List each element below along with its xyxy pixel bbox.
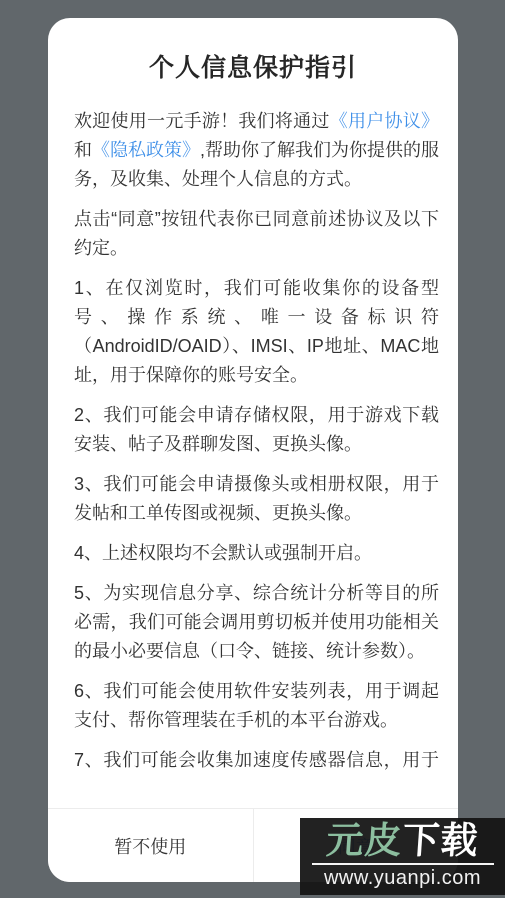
user-agreement-link[interactable]: 《用户协议》 [330, 111, 439, 131]
yuanpi-logo: 元皮下载 [299, 821, 505, 861]
dialog-title: 个人信息保护指引 [48, 48, 458, 84]
yuanpi-watermark: 元皮下载 www.yuanpi.com [300, 818, 505, 895]
privacy-item-1: 1、在仅浏览时，我们可能收集你的设备型号、操作系统、唯一设备标识符（Androi… [74, 274, 439, 390]
intro-text-1: 欢迎使用一元手游！我们将通过 [74, 111, 330, 131]
watermark-url: www.yuanpi.com [300, 866, 505, 890]
privacy-text-body: 欢迎使用一元手游！我们将通过《用户协议》和《隐私政策》,帮助你了解我们为你提供的… [48, 107, 458, 773]
privacy-item-2: 2、我们可能会申请存储权限，用于游戏下载安装、帖子及群聊发图、更换头像。 [74, 401, 439, 459]
privacy-dialog: 个人信息保护指引 欢迎使用一元手游！我们将通过《用户协议》和《隐私政策》,帮助你… [48, 18, 458, 882]
yuanpi-logo-suffix: 下载 [401, 820, 480, 861]
decline-button[interactable]: 暂不使用 [48, 809, 253, 882]
yuanpi-logo-brand: 元皮 [325, 820, 404, 861]
app-background: 个人信息保护指引 欢迎使用一元手游！我们将通过《用户协议》和《隐私政策》,帮助你… [0, 0, 505, 898]
privacy-item-3: 3、我们可能会申请摄像头或相册权限，用于发帖和工单传图或视频、更换头像。 [74, 470, 439, 528]
privacy-item-7: 7、我们可能会收集加速度传感器信息，用于播放视频时旋转屏幕 [74, 746, 439, 773]
intro-paragraph: 欢迎使用一元手游！我们将通过《用户协议》和《隐私政策》,帮助你了解我们为你提供的… [74, 107, 439, 194]
privacy-item-6: 6、我们可能会使用软件安装列表，用于调起支付、帮你管理装在手机的本平台游戏。 [74, 677, 439, 735]
privacy-policy-link[interactable]: 《隐私政策》 [92, 140, 200, 160]
intro-text-2: 和 [74, 140, 92, 160]
watermark-underline [312, 863, 494, 865]
privacy-item-4: 4、上述权限均不会默认或强制开启。 [74, 539, 439, 568]
privacy-item-5: 5、为实现信息分享、综合统计分析等目的所必需，我们可能会调用剪切板并使用功能相关… [74, 579, 439, 666]
agree-note-paragraph: 点击“同意”按钮代表你已同意前述协议及以下约定。 [74, 205, 439, 263]
